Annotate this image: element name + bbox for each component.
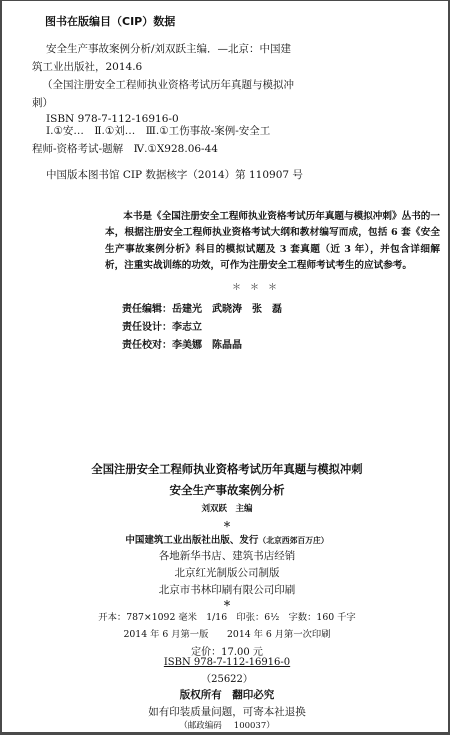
distributor: 各地新华书店、建筑书店经销 xyxy=(2,548,450,563)
edition-info: 2014 年 6 月第一版 2014 年 6 月第一次印刷 xyxy=(2,626,450,640)
credit-name: 张 磊 xyxy=(252,304,282,315)
publisher-name: 中国建筑工业出版社出版、发行 xyxy=(125,535,258,546)
postal-code: （邮政编码100037） xyxy=(2,719,450,731)
credit-proofreaders: 责任校对：李美娜陈晶晶 xyxy=(122,336,282,354)
credit-role: 责任校对： xyxy=(122,340,172,351)
copyright-notice: 版权所有 翻印必究 xyxy=(2,687,450,702)
cip-record-line: （全国注册安全工程师执业资格考试历年真题与模拟冲 xyxy=(32,77,292,95)
series-title: 全国注册安全工程师执业资格考试历年真题与模拟冲刺 xyxy=(2,461,450,477)
classification-line: Ⅰ.①安… Ⅱ.①刘… Ⅲ.①工伤事故-案例-安全工 xyxy=(32,123,270,141)
divider-mark: ＊ xyxy=(2,598,450,609)
postal-number: 100037） xyxy=(234,721,275,731)
credit-editors: 责任编辑：岳建光武晓涛张 磊 xyxy=(122,300,282,318)
book-code: （25622） xyxy=(2,670,450,685)
credit-role: 责任设计： xyxy=(122,322,172,333)
price: 定价：17.00 元 xyxy=(2,643,450,658)
book-title: 安全生产事故案例分析 xyxy=(2,482,450,498)
credits: 责任编辑：岳建光武晓涛张 磊 责任设计：李志立 责任校对：李美娜陈晶晶 xyxy=(122,300,282,354)
credit-name: 岳建光 xyxy=(172,304,202,315)
isbn: ISBN 978-7-112-16916-0 xyxy=(2,657,450,668)
cip-record: 安全生产事故案例分析/刘双跃主编．—北京：中国建 筑工业出版社，2014.6 （… xyxy=(32,41,292,131)
return-notice: 如有印装质量问题，可寄本社退换 xyxy=(2,704,450,719)
isbn-number: ISBN 978-7-112-16916-0 xyxy=(164,657,290,668)
book-summary: 本书是《全国注册安全工程师执业资格考试历年真题与模拟冲刺》丛书的一本，根据注册安… xyxy=(105,209,440,274)
summary-text: 本书是《全国注册安全工程师执业资格考试历年真题与模拟冲刺》丛书的一本，根据注册安… xyxy=(105,209,440,274)
publisher-address: （北京西郊百万庄） xyxy=(258,536,328,545)
format-specs: 开本：787×1092 毫米 1/16 印张：6½ 字数：160 千字 xyxy=(2,609,450,623)
cip-record-line: 筑工业出版社，2014.6 xyxy=(32,59,292,77)
cip-heading: 图书在版编目（CIP）数据 xyxy=(45,13,175,29)
credit-name: 武晓涛 xyxy=(212,304,242,315)
postal-label: （邮政编码 xyxy=(179,721,222,731)
section-separator: ＊ ＊ ＊ xyxy=(232,280,277,293)
credit-name: 陈晶晶 xyxy=(212,340,242,351)
publisher: 中国建筑工业出版社出版、发行（北京西郊百万庄） xyxy=(2,532,450,546)
cip-verification-number: 中国版本图书馆 CIP 数据核字（2014）第 110907 号 xyxy=(46,167,303,182)
printer: 北京市书林印刷有限公司印刷 xyxy=(2,582,450,597)
credit-designer: 责任设计：李志立 xyxy=(122,318,282,336)
credit-name: 李美娜 xyxy=(172,340,202,351)
chief-editor: 刘双跃 主编 xyxy=(2,502,450,514)
divider-mark: ＊ xyxy=(2,519,450,530)
plate-maker: 北京红光制版公司制版 xyxy=(2,565,450,580)
credit-role: 责任编辑： xyxy=(122,304,172,315)
cip-record-line: 刺） xyxy=(32,95,292,113)
cip-record-line: 安全生产事故案例分析/刘双跃主编．—北京：中国建 xyxy=(32,41,292,59)
credit-name: 李志立 xyxy=(172,322,202,333)
cip-classification: Ⅰ.①安… Ⅱ.①刘… Ⅲ.①工伤事故-案例-安全工 程师-资格考试-题解 Ⅳ.… xyxy=(32,123,270,159)
classification-line: 程师-资格考试-题解 Ⅳ.①X928.06-44 xyxy=(32,141,270,159)
copyright-page: 图书在版编目（CIP）数据 安全生产事故案例分析/刘双跃主编．—北京：中国建 筑… xyxy=(0,0,450,735)
